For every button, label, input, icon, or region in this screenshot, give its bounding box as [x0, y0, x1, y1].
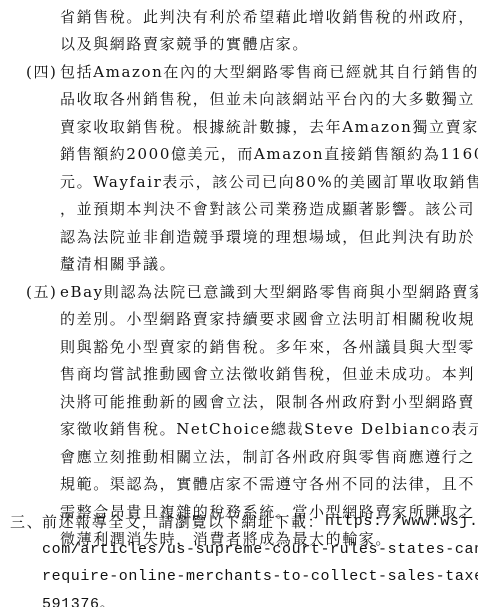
- item-4-line: 品收取各州銷售稅，但並未向該網站平台內的大多數獨立: [60, 89, 475, 109]
- item-5-line: 售商均嘗試推動國會立法徵收銷售稅，但並未成功。本判: [60, 364, 475, 384]
- item-4-line: 賣家收取銷售稅。根據統計數據，去年Amazon獨立賣家之: [60, 117, 478, 137]
- item-4-line: 釐清相關爭議。: [60, 254, 176, 274]
- item-5-line: eBay則認為法院已意識到大型網路零售商與小型網路賣家: [60, 282, 478, 302]
- item-5-line: 則與豁免小型賣家的銷售稅。多年來，各州議員與大型零: [60, 337, 475, 357]
- item-4-line: 包括Amazon在內的大型網路零售商已經就其自行銷售的產: [60, 62, 478, 82]
- item-5-line: 的差別。小型網路賣家持續要求國會立法明訂相關稅收規: [60, 309, 475, 329]
- item-4-line: 認為法院並非創造競爭環境的理想場域，但此判決有助於: [60, 227, 475, 247]
- item-5-line: 規範。渠認為，實體店家不需遵守各州不同的法律，且不: [60, 474, 475, 494]
- item-4-line: 元。Wayfair表示，該公司已向80%的美國訂單收取銷售稅: [60, 172, 478, 192]
- body-line: 省銷售稅。此判決有利於希望藉此增收銷售稅的州政府，: [60, 7, 475, 27]
- article-url-part-2[interactable]: com/articles/us-supreme-court-rules-stat…: [42, 540, 478, 560]
- article-url-part-4[interactable]: 591376。: [42, 595, 115, 607]
- article-url-part-1[interactable]: https://www.wsj.: [325, 512, 478, 532]
- item-4-marker: (四): [26, 62, 58, 82]
- item-5-marker: (五): [26, 282, 58, 302]
- item-5-line: 家徵收銷售稅。NetChoice總裁Steve Delbianco表示，國: [60, 419, 478, 439]
- item-5-line: 決將可能推動新的國會立法，限制各州政府對小型網路賣: [60, 392, 475, 412]
- item-4-line: ，並預期本判決不會對該公司業務造成顯著影響。該公司: [60, 199, 475, 219]
- article-url-part-3[interactable]: require-online-merchants-to-collect-sale…: [42, 567, 478, 587]
- body-line: 以及與網路賣家競爭的實體店家。: [60, 34, 309, 54]
- item-4-line: 銷售額約2000億美元，而Amazon直接銷售額約為1160億美: [60, 144, 478, 164]
- item-5-line: 會應立刻推動相關立法，制訂各州政府與零售商應遵行之: [60, 447, 475, 467]
